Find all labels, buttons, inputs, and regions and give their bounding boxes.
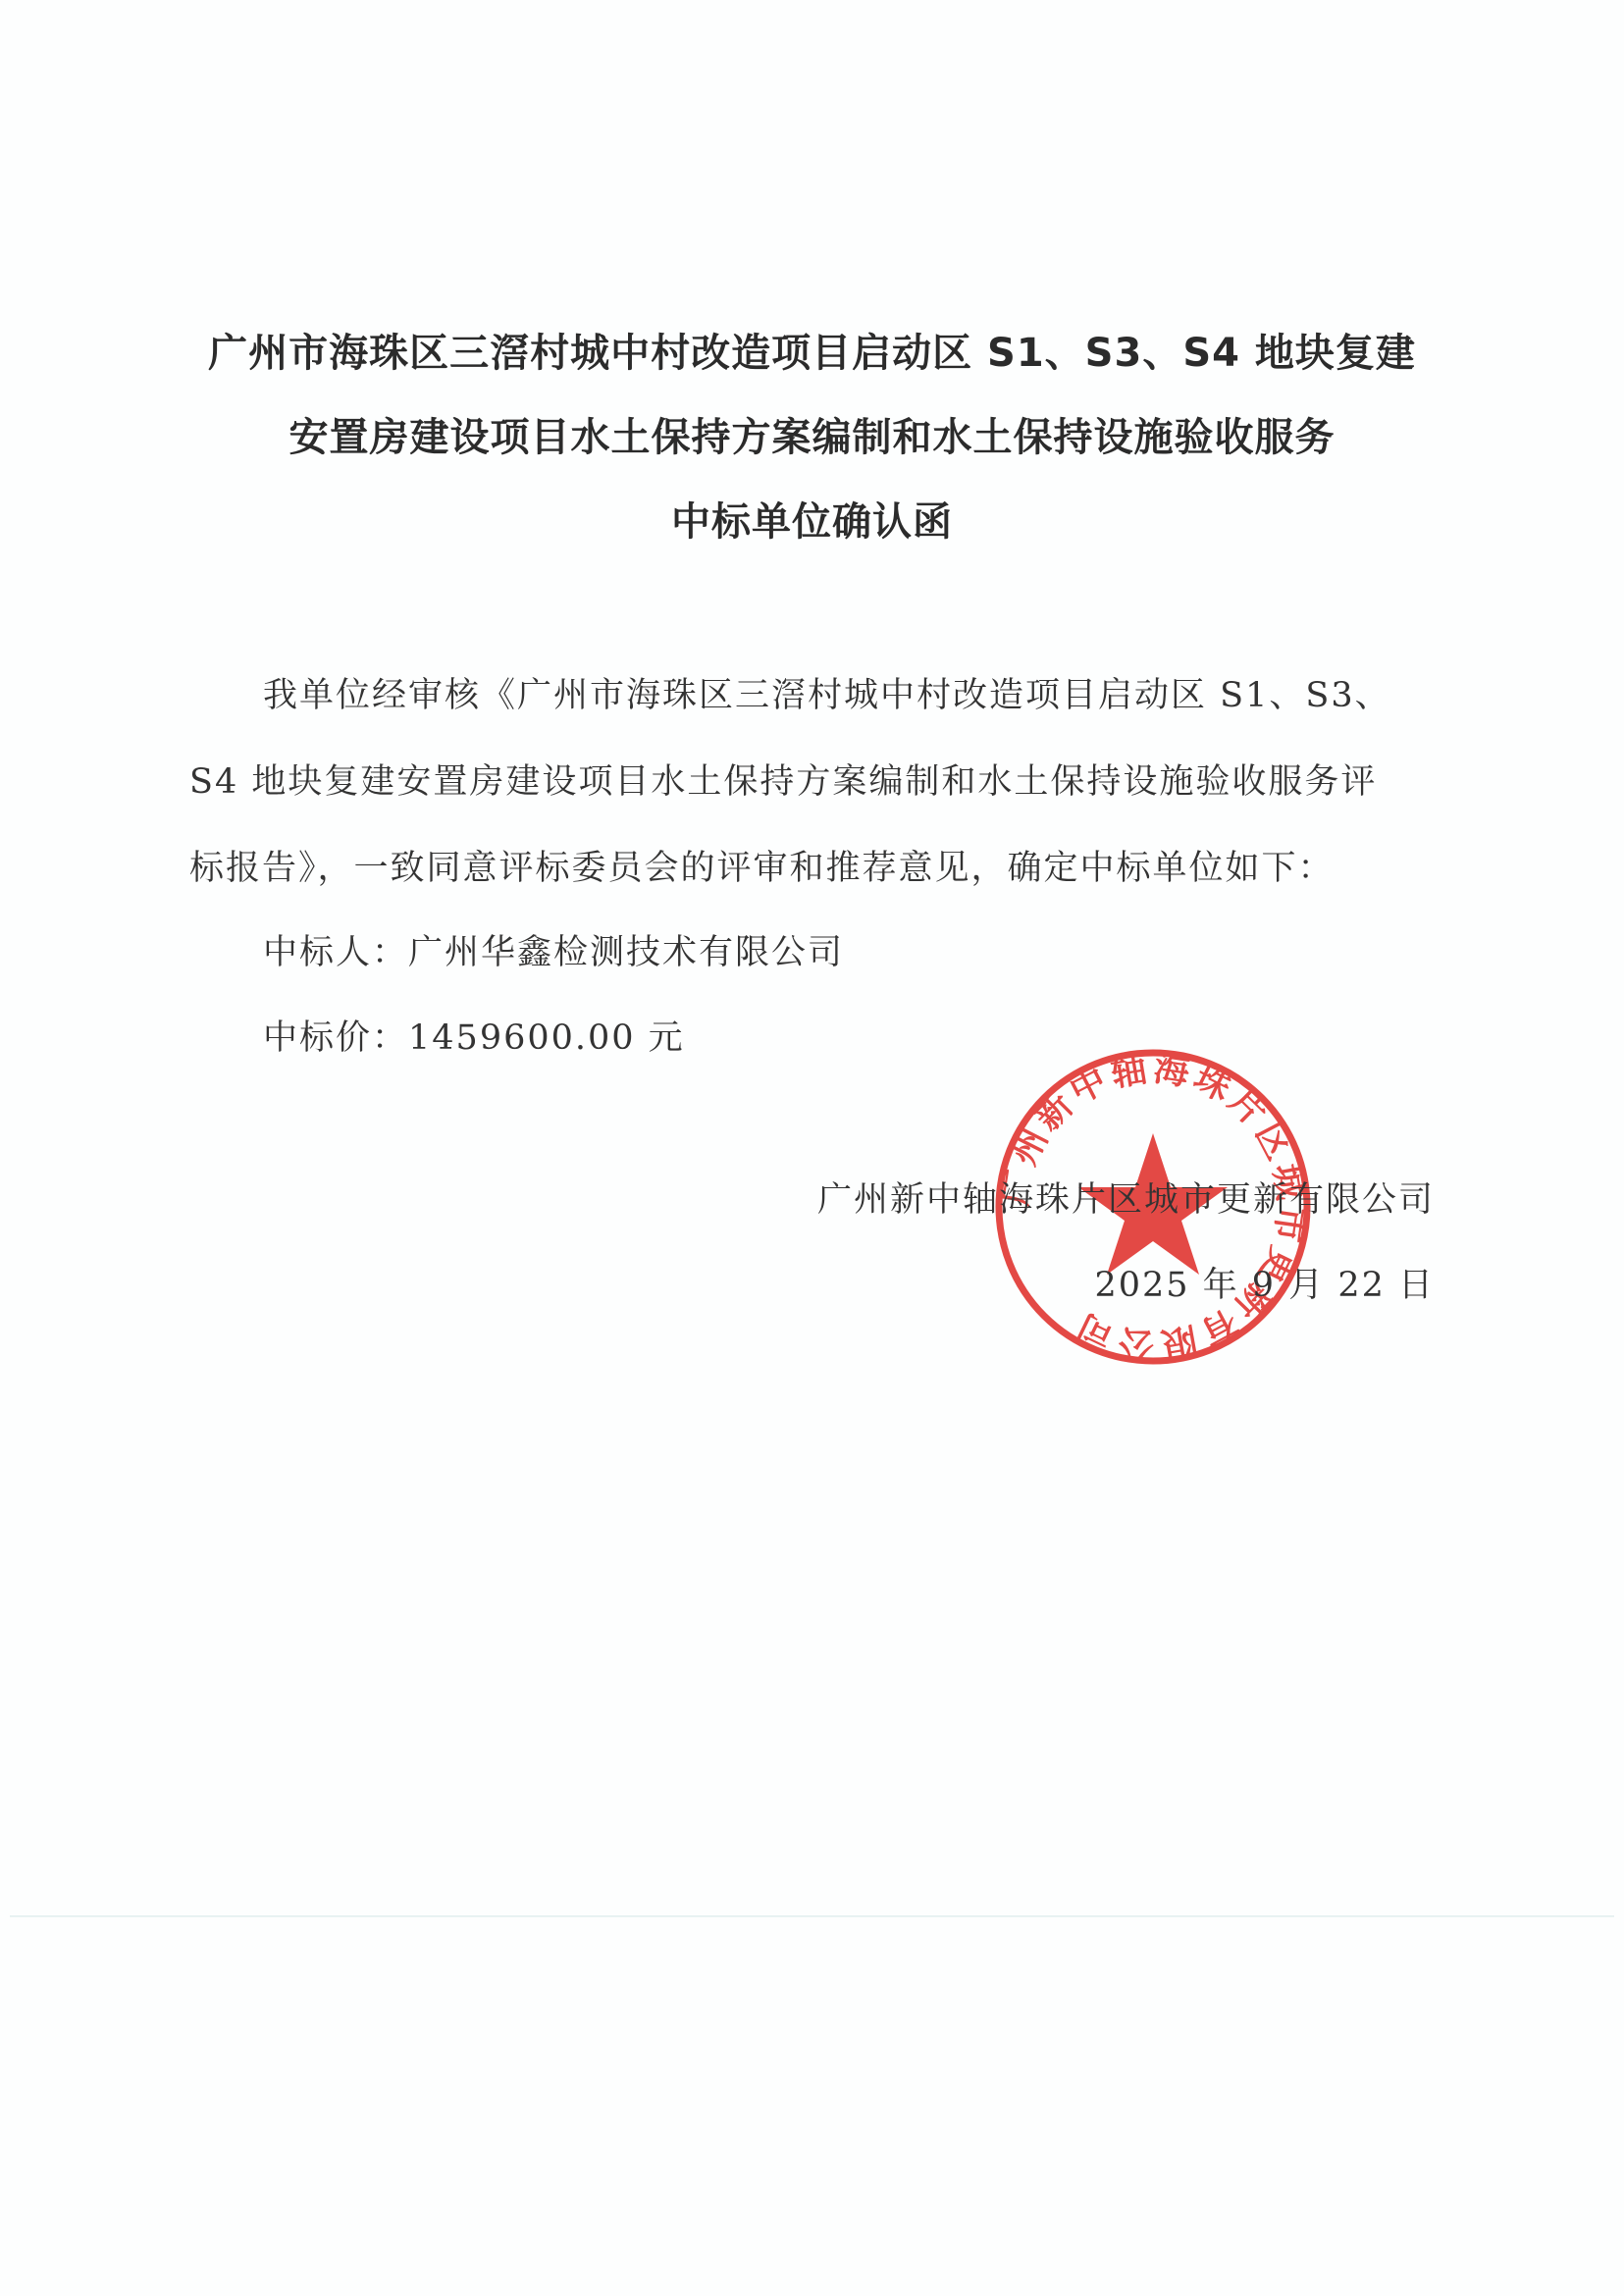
body-paragraph-line-3: 标报告》，一致同意评标委员会的评审和推荐意见，确定中标单位如下：	[189, 841, 1335, 890]
body-paragraph-line-2: S4 地块复建安置房建设项目水土保持方案编制和水土保持设施验收服务评	[189, 755, 1377, 804]
title-line-2: 安置房建设项目水土保持方案编制和水土保持设施验收服务	[0, 406, 1624, 462]
price-line: 中标价：1459600.00 元	[263, 1011, 685, 1060]
body-paragraph-line-1: 我单位经审核《广州市海珠区三滘村城中村改造项目启动区 S1、S3、	[263, 668, 1391, 717]
price-label: 中标价：	[263, 1018, 408, 1058]
scan-artifact-line	[10, 1915, 1614, 1917]
winner-value: 广州华鑫检测技术有限公司	[408, 933, 844, 972]
winner-label: 中标人：	[263, 933, 408, 972]
title-line-1: 广州市海珠区三滘村城中村改造项目启动区 S1、S3、S4 地块复建	[0, 322, 1624, 378]
issue-date: 2025 年 9 月 22 日	[1094, 1258, 1435, 1307]
issuer-organization: 广州新中轴海珠片区城市更新有限公司	[817, 1173, 1435, 1222]
document-page: 广州市海珠区三滘村城中村改造项目启动区 S1、S3、S4 地块复建 安置房建设项…	[0, 0, 1624, 2296]
title-line-3: 中标单位确认函	[0, 491, 1624, 547]
price-value: 1459600.00 元	[408, 1018, 685, 1058]
winner-line: 中标人：广州华鑫检测技术有限公司	[263, 925, 844, 974]
